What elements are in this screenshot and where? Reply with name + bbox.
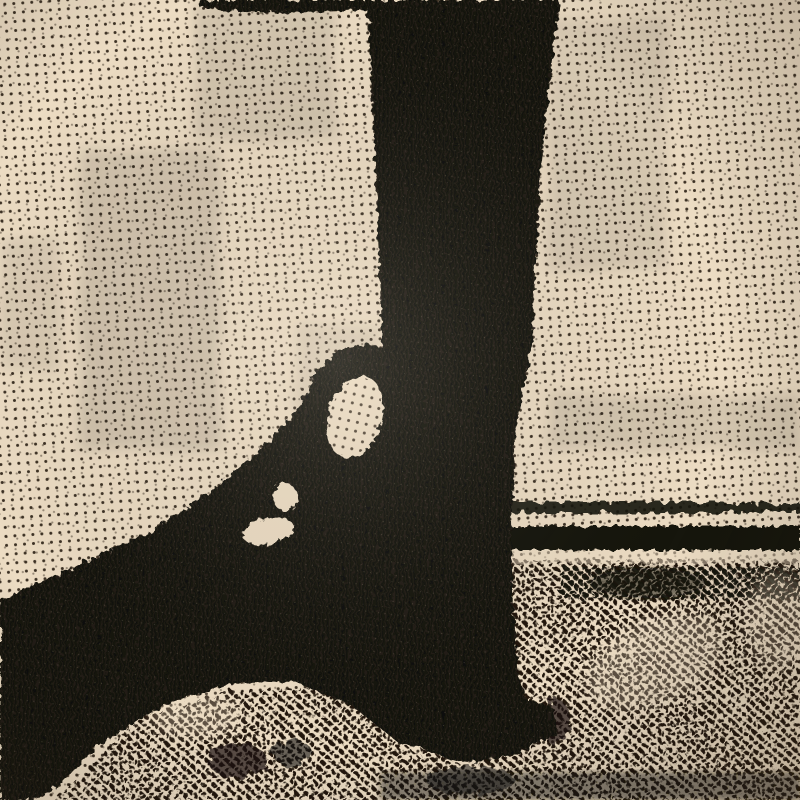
- artwork-photo: Black-and-cream halftone screenprint pho…: [0, 0, 800, 800]
- halftone-print: [0, 0, 800, 800]
- vignette-overlay: [0, 0, 800, 800]
